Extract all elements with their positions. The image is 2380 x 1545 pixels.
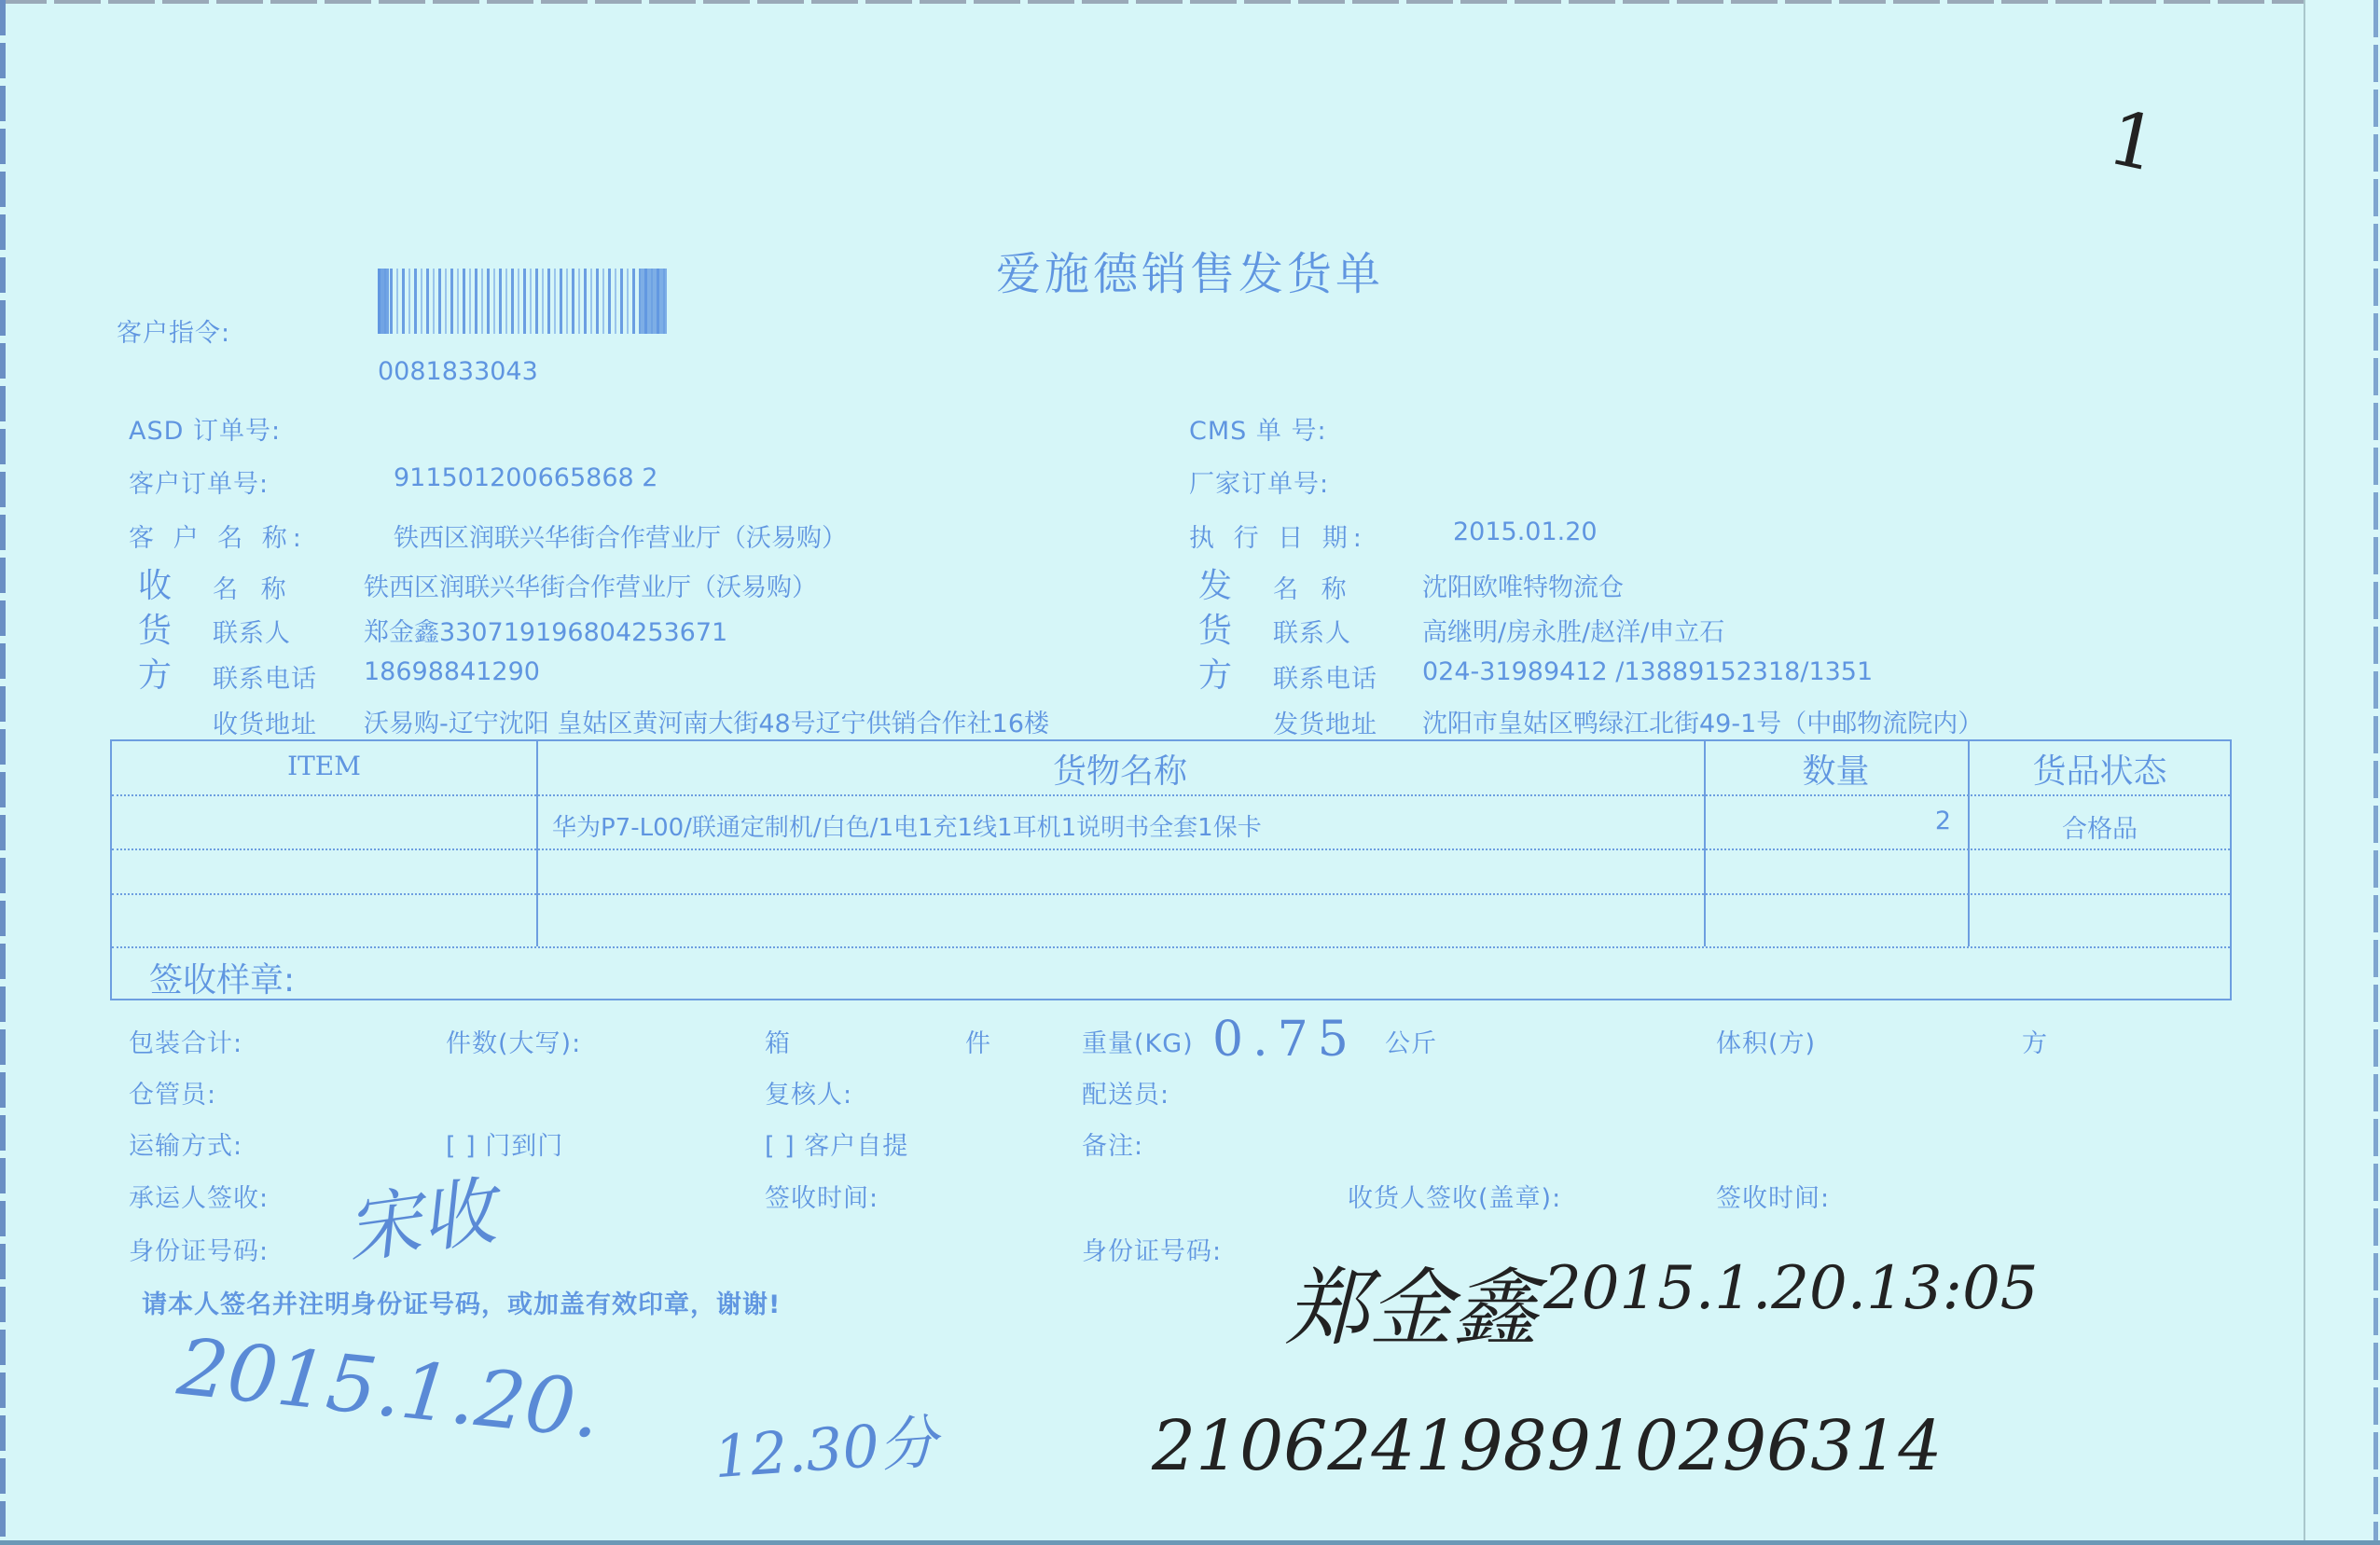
goods-table: ITEM 货物名称 数量 货品状态 华为P7-L00/联通定制机/白色/1电1充… (110, 739, 2232, 1000)
sender-side-char-2: 货 (1198, 604, 1232, 652)
execution-date-label: 执 行 日 期: (1189, 517, 1367, 554)
receiver-side-char-1: 收 (138, 559, 172, 607)
customer-name-value: 铁西区润联兴华街合作营业厅（沃易购） (394, 517, 847, 554)
asd-order-label: ASD 订单号: (129, 410, 281, 447)
weight-value: 0.75 (1212, 1012, 1358, 1068)
receiver-name-label: 名 称 (213, 569, 294, 605)
remarks-label: 备注: (1082, 1125, 1143, 1162)
carrier-date: 2015.1.20. (173, 1321, 604, 1456)
piece-unit: 件 (965, 1023, 991, 1059)
sender-address-label: 发货地址 (1273, 704, 1377, 740)
customer-name-label: 客 户 名 称: (129, 517, 307, 554)
bottom-edge (0, 1540, 2380, 1545)
receiver-address-label: 收货地址 (213, 704, 317, 740)
sign-sample-label: 签收样章: (149, 954, 295, 1001)
receiver-signature: 郑金鑫 (1285, 1240, 1537, 1361)
sign-time-right-label: 签收时间: (1716, 1178, 1830, 1214)
volume-unit: 方 (2022, 1023, 2048, 1059)
volume-label: 体积(方) (1716, 1023, 1816, 1059)
sign-time-left-label: 签收时间: (765, 1178, 879, 1214)
transport-method-label: 运输方式: (129, 1125, 242, 1162)
sender-name: 沈阳欧唯特物流仓 (1422, 567, 1624, 603)
delivery-person-label: 配送员: (1082, 1074, 1169, 1110)
cell-status: 合格品 (1968, 808, 2232, 845)
cell-quantity: 2 (1704, 807, 1951, 835)
tear-strip (2304, 0, 2380, 1545)
weight-unit: 公斤 (1385, 1023, 1437, 1059)
receiver-contact: 郑金鑫330719196804253671 (364, 612, 727, 648)
page-number-mark: 1 (2101, 94, 2166, 189)
header-status: 货品状态 (1968, 745, 2232, 793)
customer-instruction-label: 客户指令: (117, 312, 230, 349)
perforation-left (0, 0, 6, 1545)
signature-note: 请本人签名并注明身份证号码，或加盖有效印章，谢谢! (142, 1284, 781, 1320)
header-goods-name: 货物名称 (536, 745, 1704, 793)
id-number-left-label: 身份证号码: (129, 1231, 269, 1267)
carrier-time: 12.30分 (711, 1396, 939, 1494)
receiver-contact-label: 联系人 (213, 613, 291, 649)
receiver-phone-label: 联系电话 (213, 658, 317, 695)
barcode (378, 269, 667, 334)
factory-order-label: 厂家订单号: (1189, 463, 1329, 500)
id-number-right-label: 身份证号码: (1082, 1231, 1222, 1267)
document-title: 爱施德销售发货单 (996, 238, 1384, 302)
package-total-label: 包装合计: (129, 1023, 242, 1059)
receiver-id-number: 210624198910296314 (1152, 1406, 1942, 1486)
receiver-phone: 18698841290 (364, 657, 540, 686)
sender-side-char-1: 发 (1198, 559, 1232, 607)
barcode-number: 0081833043 (378, 357, 538, 386)
customer-order-value: 911501200665868 2 (394, 463, 657, 492)
receiver-address: 沃易购-辽宁沈阳 皇姑区黄河南大街48号辽宁供销合作社16楼 (364, 703, 1049, 739)
receiver-side-char-3: 方 (138, 649, 172, 697)
header-quantity: 数量 (1704, 745, 1968, 793)
carrier-signature: 宋收 (339, 1151, 501, 1277)
reviewer-label: 复核人: (765, 1074, 852, 1110)
warehouse-keeper-label: 仓管员: (129, 1074, 216, 1110)
customer-order-label: 客户订单号: (129, 463, 269, 500)
sender-address: 沈阳市皇姑区鸭绿江北街49-1号（中邮物流院内） (1422, 703, 1983, 739)
receiver-side-char-2: 货 (138, 604, 172, 652)
box-unit: 箱 (765, 1023, 791, 1059)
sender-contact: 高继明/房永胜/赵洋/申立石 (1422, 612, 1724, 648)
option-customer-pickup-checkbox[interactable]: [ ] 客户自提 (765, 1125, 908, 1162)
receiver-name: 铁西区润联兴华街合作营业厅（沃易购） (364, 567, 817, 603)
pieces-label: 件数(大写): (446, 1023, 581, 1059)
sender-phone-label: 联系电话 (1273, 658, 1377, 695)
sender-phone: 024-31989412 /13889152318/1351 (1422, 657, 1873, 686)
sender-contact-label: 联系人 (1273, 613, 1351, 649)
perforation-top (0, 0, 2380, 4)
sender-name-label: 名 称 (1273, 569, 1354, 605)
sender-side-char-3: 方 (1198, 649, 1232, 697)
receiver-datetime: 2015.1.20.13:05 (1543, 1254, 2039, 1323)
header-item: ITEM (112, 751, 536, 781)
perforation-right (2373, 0, 2378, 1545)
cms-number-label: CMS 单 号: (1189, 410, 1327, 447)
receiver-sign-label: 收货人签收(盖章): (1348, 1178, 1561, 1214)
cell-goods-name: 华为P7-L00/联通定制机/白色/1电1充1线1耳机1说明书全套1保卡 (552, 808, 1262, 843)
weight-label: 重量(KG) (1082, 1023, 1194, 1059)
carrier-sign-label: 承运人签收: (129, 1178, 269, 1214)
execution-date-value: 2015.01.20 (1453, 517, 1598, 546)
